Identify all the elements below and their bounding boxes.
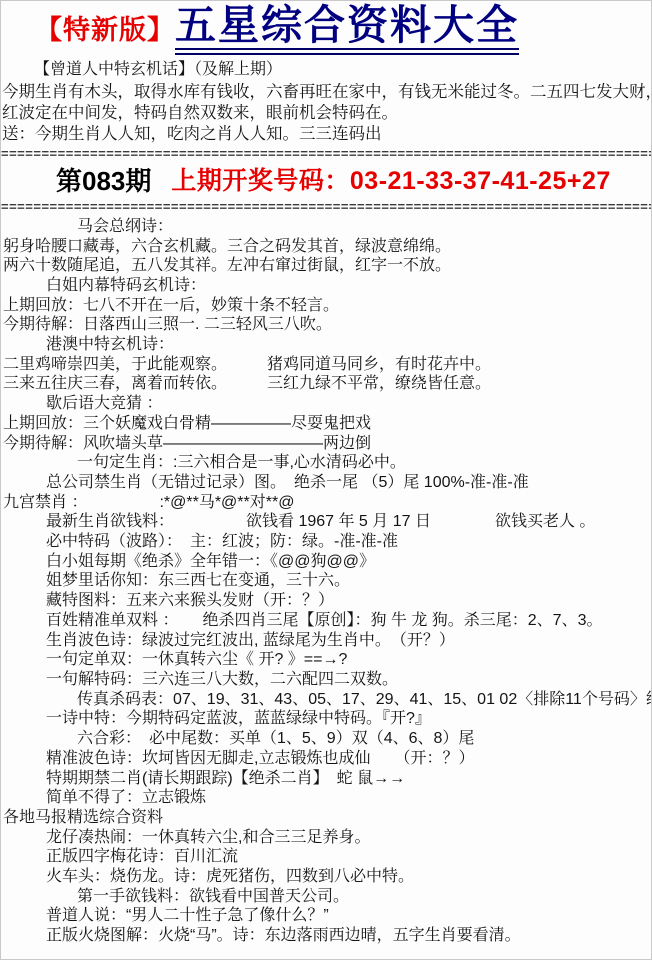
intro-line: 送：今期生肖人人知，吃肉之肖人人知。三三连码出 <box>1 124 651 145</box>
subtitle: 【曾道人中特玄机话】（及解上期） <box>34 60 651 80</box>
last-draw-numbers: 上期开奖号码：03-21-33-37-41-25+27 <box>171 161 610 197</box>
text-line: 一诗中特：今期特码定蓝波，蓝蓝绿绿中特码。『开?』 <box>1 709 651 729</box>
issue-number: 第083期 <box>56 161 151 198</box>
text-line: 生肖波色诗：绿波过完红波出, 蓝绿尾为生肖中。 （开？） <box>1 631 651 651</box>
text-line: 特期期禁二肖(请长期跟踪)【绝杀二肖】 蛇 鼠→→ <box>1 769 651 789</box>
text-line: 今期待解：日落西山三照一. 二三轻风三八吹。 <box>1 315 651 335</box>
text-line: 传真杀码表：07、19、31、43、05、17、29、41、15、01 02〈排… <box>1 690 651 710</box>
intro-paragraph: 今期生肖有木头，取得水库有钱收，六畜再旺在家中，有钱无米能过冬。二五四七发大财，… <box>1 82 651 145</box>
text-line: 一句定单双：一休真转六尘《 开? 》==→? <box>1 650 651 670</box>
text-line: 总公司禁生肖（无错过记录）图。 绝杀一尾 （5）尾 100%-准-准-准 <box>1 473 651 493</box>
text-line: 白小姐每期《绝杀》全年错一：《@@狗@@》 <box>1 552 651 572</box>
text-line: 藏特图料：五来六来猴头发财（开：？） <box>1 591 651 611</box>
text-line: 百姓精准单双料 ： 绝杀四肖三尾【原创】：狗 牛 龙 狗。杀三尾：2、7、3。 <box>1 611 651 631</box>
text-line: 简单不得了：立志锻炼 <box>1 788 651 808</box>
body-lines: 马会总纲诗：躬身哈腰口藏毒，六合玄机藏。三合之码发其首，绿波意绵绵。两六十数随尾… <box>1 217 651 946</box>
text-line: 一句解特码：三六连三八大数，二六配四二双数。 <box>1 670 651 690</box>
divider-line: ========================================… <box>1 201 651 212</box>
text-line: 二里鸡啼崇四美，于此能观察。 猪鸡同道马同乡，有时花卉中。 <box>1 355 651 375</box>
masthead: 【特新版】 五星综合资料大全 <box>1 1 651 55</box>
text-line: 六合彩： 必中尾数：买单（1、5、9）双（4、6、8）尾 <box>1 729 651 749</box>
text-line: 正版火烧图解：火烧“马”。诗：东边落雨西边晴，五字生肖要看清。 <box>1 926 651 946</box>
text-line: 正版四字梅花诗：百川汇流 <box>1 847 651 867</box>
text-line: 普道人说：“男人二十性子急了像什么？” <box>1 906 651 926</box>
text-line: 上期回放：七八不开在一后，妙策十条不轻言。 <box>1 296 651 316</box>
divider-line: ========================================… <box>1 148 651 159</box>
text-line: 精准波色诗：坎坷皆因无脚走,立志锻炼也成仙 （开：？） <box>1 749 651 769</box>
text-line: 九宫禁肖 ： :*@**马*@**对**@ <box>1 493 651 513</box>
text-line: 必中特码（波路）： 主：红波；防：绿。-准-准-准 <box>1 532 651 552</box>
intro-line: 红波定在中间发，特码自然双数来，眼前机会特码在。 <box>1 103 651 124</box>
text-line: 躬身哈腰口藏毒，六合玄机藏。三合之码发其首，绿波意绵绵。 <box>1 237 651 257</box>
edition-tag: 【特新版】 <box>35 8 175 55</box>
text-line: 各地马报精选综合资料 <box>1 808 651 828</box>
text-line: 龙仔凑热闹：一休真转六尘,和合三三足养身。 <box>1 828 651 848</box>
text-line: 今期待解：风吹墙头草——————————两边倒 <box>1 434 651 454</box>
text-line: 最新生肖欲钱料： 欲钱看 1967 年 5 月 17 日 欲钱买老人 。 <box>1 512 651 532</box>
page-title: 五星综合资料大全 <box>175 5 519 55</box>
text-line: 白姐内幕特码玄机诗： <box>1 276 651 296</box>
text-line: 歇后语大竞猜 ： <box>1 394 651 414</box>
text-line: 港澳中特玄机诗： <box>1 335 651 355</box>
issue-row: 第083期 上期开奖号码：03-21-33-37-41-25+27 <box>1 161 651 198</box>
text-line: 上期回放：三个妖魔戏白骨精—————尽耍鬼把戏 <box>1 414 651 434</box>
intro-line: 今期生肖有木头，取得水库有钱收，六畜再旺在家中，有钱无米能过冬。二五四七发大财， <box>1 82 651 103</box>
lottery-info-sheet: 【特新版】 五星综合资料大全 【曾道人中特玄机话】（及解上期） 今期生肖有木头，… <box>0 0 652 960</box>
text-line: 第一手欲钱料：欲钱看中国普天公司。 <box>1 887 651 907</box>
text-line: 两六十数随尾追，五八发其祥。左冲右窜过街鼠，红字一不放。 <box>1 256 651 276</box>
text-line: 三来五往庆三春，离着而转依。 三红九绿不平常，缭绕皆任意。 <box>1 374 651 394</box>
text-line: 火车头：烧伤龙。诗：虎死猪伤，四数到八必中特。 <box>1 867 651 887</box>
text-line: 马会总纲诗： <box>1 217 651 237</box>
text-line: 一句定生肖：:三六相合是一事,心水清码必中。 <box>1 453 651 473</box>
text-line: 姐梦里话你知：东三西七在变通，三十六。 <box>1 571 651 591</box>
